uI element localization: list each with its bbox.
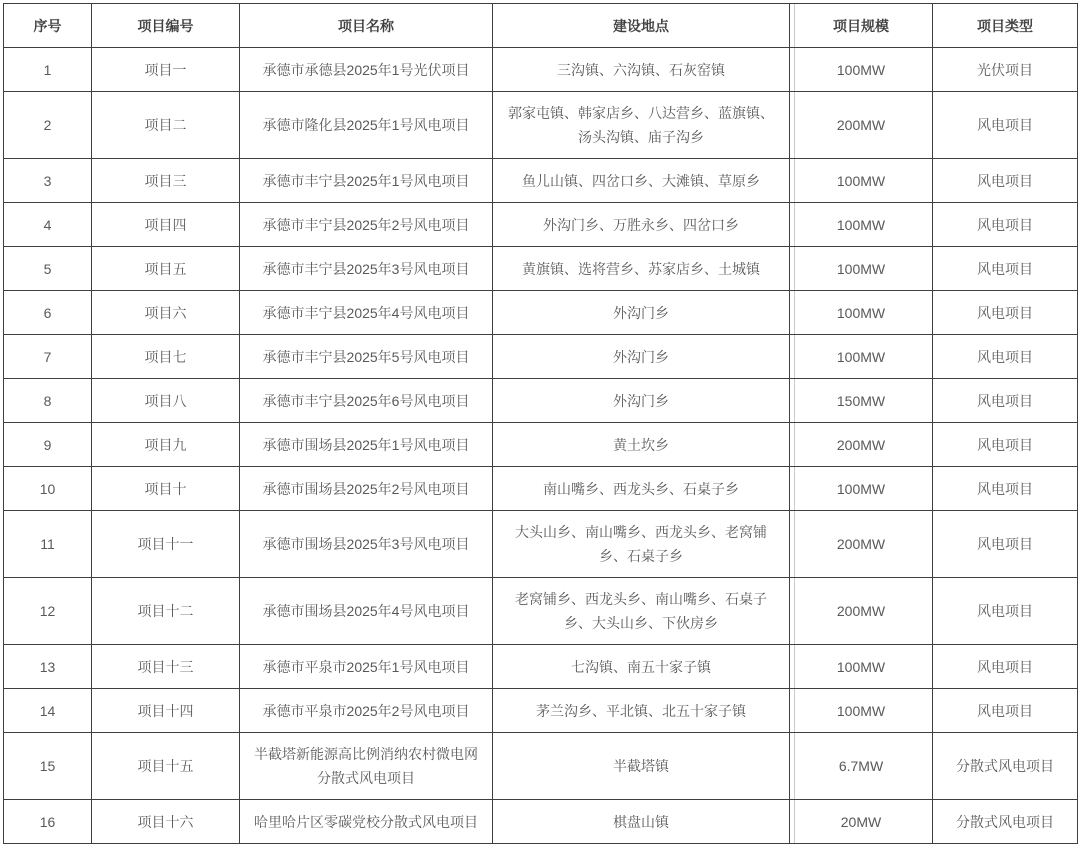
cell-name: 哈里哈片区零碳党校分散式风电项目 — [240, 800, 493, 844]
cell-code: 项目十二 — [92, 578, 240, 645]
cell-seq: 15 — [4, 733, 92, 800]
table-row: 8 项目八 承德市丰宁县2025年6号风电项目 外沟门乡 150MW 风电项目 — [4, 379, 1078, 423]
table-row: 15 项目十五 半截塔新能源高比例消纳农村微电网分散式风电项目 半截塔镇 6.7… — [4, 733, 1078, 800]
cell-code: 项目七 — [92, 335, 240, 379]
cell-name: 承德市隆化县2025年1号风电项目 — [240, 92, 493, 159]
cell-location: 郭家屯镇、韩家店乡、八达营乡、蓝旗镇、汤头沟镇、庙子沟乡 — [493, 92, 790, 159]
header-location: 建设地点 — [493, 4, 790, 48]
cell-code: 项目三 — [92, 159, 240, 203]
cell-location: 外沟门乡 — [493, 291, 790, 335]
table-row: 12 项目十二 承德市围场县2025年4号风电项目 老窝铺乡、西龙头乡、南山嘴乡… — [4, 578, 1078, 645]
cell-seq: 16 — [4, 800, 92, 844]
cell-code: 项目一 — [92, 48, 240, 92]
cell-location: 外沟门乡、万胜永乡、四岔口乡 — [493, 203, 790, 247]
cell-location: 外沟门乡 — [493, 379, 790, 423]
cell-seq: 12 — [4, 578, 92, 645]
cell-scale: 200MW — [790, 511, 933, 578]
cell-code: 项目十六 — [92, 800, 240, 844]
table-row: 4 项目四 承德市丰宁县2025年2号风电项目 外沟门乡、万胜永乡、四岔口乡 1… — [4, 203, 1078, 247]
table-row: 6 项目六 承德市丰宁县2025年4号风电项目 外沟门乡 100MW 风电项目 — [4, 291, 1078, 335]
cell-name: 承德市平泉市2025年2号风电项目 — [240, 689, 493, 733]
cell-code: 项目十五 — [92, 733, 240, 800]
cell-type: 风电项目 — [933, 159, 1078, 203]
cell-type: 风电项目 — [933, 689, 1078, 733]
table-row: 2 项目二 承德市隆化县2025年1号风电项目 郭家屯镇、韩家店乡、八达营乡、蓝… — [4, 92, 1078, 159]
cell-scale: 100MW — [790, 689, 933, 733]
cell-scale: 200MW — [790, 578, 933, 645]
cell-type: 风电项目 — [933, 578, 1078, 645]
cell-seq: 14 — [4, 689, 92, 733]
cell-type: 风电项目 — [933, 291, 1078, 335]
cell-location: 黄旗镇、选将营乡、苏家店乡、土城镇 — [493, 247, 790, 291]
cell-code: 项目十 — [92, 467, 240, 511]
cell-type: 风电项目 — [933, 511, 1078, 578]
cell-code: 项目八 — [92, 379, 240, 423]
cell-type: 风电项目 — [933, 335, 1078, 379]
header-scale: 项目规模 — [790, 4, 933, 48]
cell-scale: 100MW — [790, 645, 933, 689]
cell-type: 分散式风电项目 — [933, 800, 1078, 844]
cell-name: 承德市围场县2025年4号风电项目 — [240, 578, 493, 645]
cell-code: 项目九 — [92, 423, 240, 467]
header-code: 项目编号 — [92, 4, 240, 48]
cell-scale: 100MW — [790, 335, 933, 379]
cell-name: 承德市丰宁县2025年4号风电项目 — [240, 291, 493, 335]
cell-type: 风电项目 — [933, 645, 1078, 689]
cell-name: 承德市丰宁县2025年2号风电项目 — [240, 203, 493, 247]
table-header: 序号 项目编号 项目名称 建设地点 项目规模 项目类型 — [4, 4, 1078, 48]
cell-type: 风电项目 — [933, 92, 1078, 159]
cell-location: 南山嘴乡、西龙头乡、石桌子乡 — [493, 467, 790, 511]
cell-name: 承德市围场县2025年3号风电项目 — [240, 511, 493, 578]
header-row: 序号 项目编号 项目名称 建设地点 项目规模 项目类型 — [4, 4, 1078, 48]
cell-location: 外沟门乡 — [493, 335, 790, 379]
cell-type: 光伏项目 — [933, 48, 1078, 92]
table-row: 9 项目九 承德市围场县2025年1号风电项目 黄土坎乡 200MW 风电项目 — [4, 423, 1078, 467]
cell-seq: 4 — [4, 203, 92, 247]
table-row: 13 项目十三 承德市平泉市2025年1号风电项目 七沟镇、南五十家子镇 100… — [4, 645, 1078, 689]
cell-location: 茅兰沟乡、平北镇、北五十家子镇 — [493, 689, 790, 733]
cell-name: 承德市丰宁县2025年6号风电项目 — [240, 379, 493, 423]
cell-name: 半截塔新能源高比例消纳农村微电网分散式风电项目 — [240, 733, 493, 800]
cell-seq: 9 — [4, 423, 92, 467]
cell-type: 风电项目 — [933, 203, 1078, 247]
cell-name: 承德市围场县2025年2号风电项目 — [240, 467, 493, 511]
cell-name: 承德市丰宁县2025年5号风电项目 — [240, 335, 493, 379]
cell-scale: 150MW — [790, 379, 933, 423]
cell-type: 分散式风电项目 — [933, 733, 1078, 800]
table-row: 1 项目一 承德市承德县2025年1号光伏项目 三沟镇、六沟镇、石灰窑镇 100… — [4, 48, 1078, 92]
cell-name: 承德市承德县2025年1号光伏项目 — [240, 48, 493, 92]
cell-name: 承德市平泉市2025年1号风电项目 — [240, 645, 493, 689]
cell-seq: 2 — [4, 92, 92, 159]
header-name: 项目名称 — [240, 4, 493, 48]
cell-scale: 100MW — [790, 467, 933, 511]
table-row: 7 项目七 承德市丰宁县2025年5号风电项目 外沟门乡 100MW 风电项目 — [4, 335, 1078, 379]
cell-scale: 100MW — [790, 247, 933, 291]
document-page: 序号 项目编号 项目名称 建设地点 项目规模 项目类型 1 项目一 承德市承德县… — [0, 0, 1080, 854]
cell-seq: 13 — [4, 645, 92, 689]
cell-seq: 10 — [4, 467, 92, 511]
cell-location: 黄土坎乡 — [493, 423, 790, 467]
table-row: 14 项目十四 承德市平泉市2025年2号风电项目 茅兰沟乡、平北镇、北五十家子… — [4, 689, 1078, 733]
cell-type: 风电项目 — [933, 423, 1078, 467]
cell-seq: 8 — [4, 379, 92, 423]
cell-name: 承德市丰宁县2025年3号风电项目 — [240, 247, 493, 291]
table-row: 10 项目十 承德市围场县2025年2号风电项目 南山嘴乡、西龙头乡、石桌子乡 … — [4, 467, 1078, 511]
cell-location: 鱼儿山镇、四岔口乡、大滩镇、草原乡 — [493, 159, 790, 203]
cell-location: 老窝铺乡、西龙头乡、南山嘴乡、石桌子乡、大头山乡、下伙房乡 — [493, 578, 790, 645]
cell-code: 项目四 — [92, 203, 240, 247]
cell-type: 风电项目 — [933, 247, 1078, 291]
cell-scale: 20MW — [790, 800, 933, 844]
header-type: 项目类型 — [933, 4, 1078, 48]
cell-scale: 100MW — [790, 48, 933, 92]
cell-seq: 7 — [4, 335, 92, 379]
table-body: 1 项目一 承德市承德县2025年1号光伏项目 三沟镇、六沟镇、石灰窑镇 100… — [4, 48, 1078, 844]
table-row: 5 项目五 承德市丰宁县2025年3号风电项目 黄旗镇、选将营乡、苏家店乡、土城… — [4, 247, 1078, 291]
cell-code: 项目六 — [92, 291, 240, 335]
cell-seq: 6 — [4, 291, 92, 335]
cell-code: 项目五 — [92, 247, 240, 291]
cell-type: 风电项目 — [933, 379, 1078, 423]
cell-seq: 5 — [4, 247, 92, 291]
cell-code: 项目十一 — [92, 511, 240, 578]
cell-scale: 100MW — [790, 203, 933, 247]
cell-scale: 200MW — [790, 92, 933, 159]
cell-type: 风电项目 — [933, 467, 1078, 511]
table-row: 11 项目十一 承德市围场县2025年3号风电项目 大头山乡、南山嘴乡、西龙头乡… — [4, 511, 1078, 578]
cell-seq: 1 — [4, 48, 92, 92]
cell-name: 承德市丰宁县2025年1号风电项目 — [240, 159, 493, 203]
cell-location: 三沟镇、六沟镇、石灰窑镇 — [493, 48, 790, 92]
cell-scale: 200MW — [790, 423, 933, 467]
cell-location: 半截塔镇 — [493, 733, 790, 800]
cell-code: 项目十三 — [92, 645, 240, 689]
cell-name: 承德市围场县2025年1号风电项目 — [240, 423, 493, 467]
cell-scale: 100MW — [790, 291, 933, 335]
table-row: 3 项目三 承德市丰宁县2025年1号风电项目 鱼儿山镇、四岔口乡、大滩镇、草原… — [4, 159, 1078, 203]
cell-code: 项目二 — [92, 92, 240, 159]
cell-location: 棋盘山镇 — [493, 800, 790, 844]
cell-code: 项目十四 — [92, 689, 240, 733]
project-list-table: 序号 项目编号 项目名称 建设地点 项目规模 项目类型 1 项目一 承德市承德县… — [3, 3, 1078, 844]
cell-seq: 3 — [4, 159, 92, 203]
cell-seq: 11 — [4, 511, 92, 578]
cell-scale: 6.7MW — [790, 733, 933, 800]
cell-location: 七沟镇、南五十家子镇 — [493, 645, 790, 689]
table-row: 16 项目十六 哈里哈片区零碳党校分散式风电项目 棋盘山镇 20MW 分散式风电… — [4, 800, 1078, 844]
cell-location: 大头山乡、南山嘴乡、西龙头乡、老窝铺乡、石桌子乡 — [493, 511, 790, 578]
header-seq: 序号 — [4, 4, 92, 48]
cell-scale: 100MW — [790, 159, 933, 203]
